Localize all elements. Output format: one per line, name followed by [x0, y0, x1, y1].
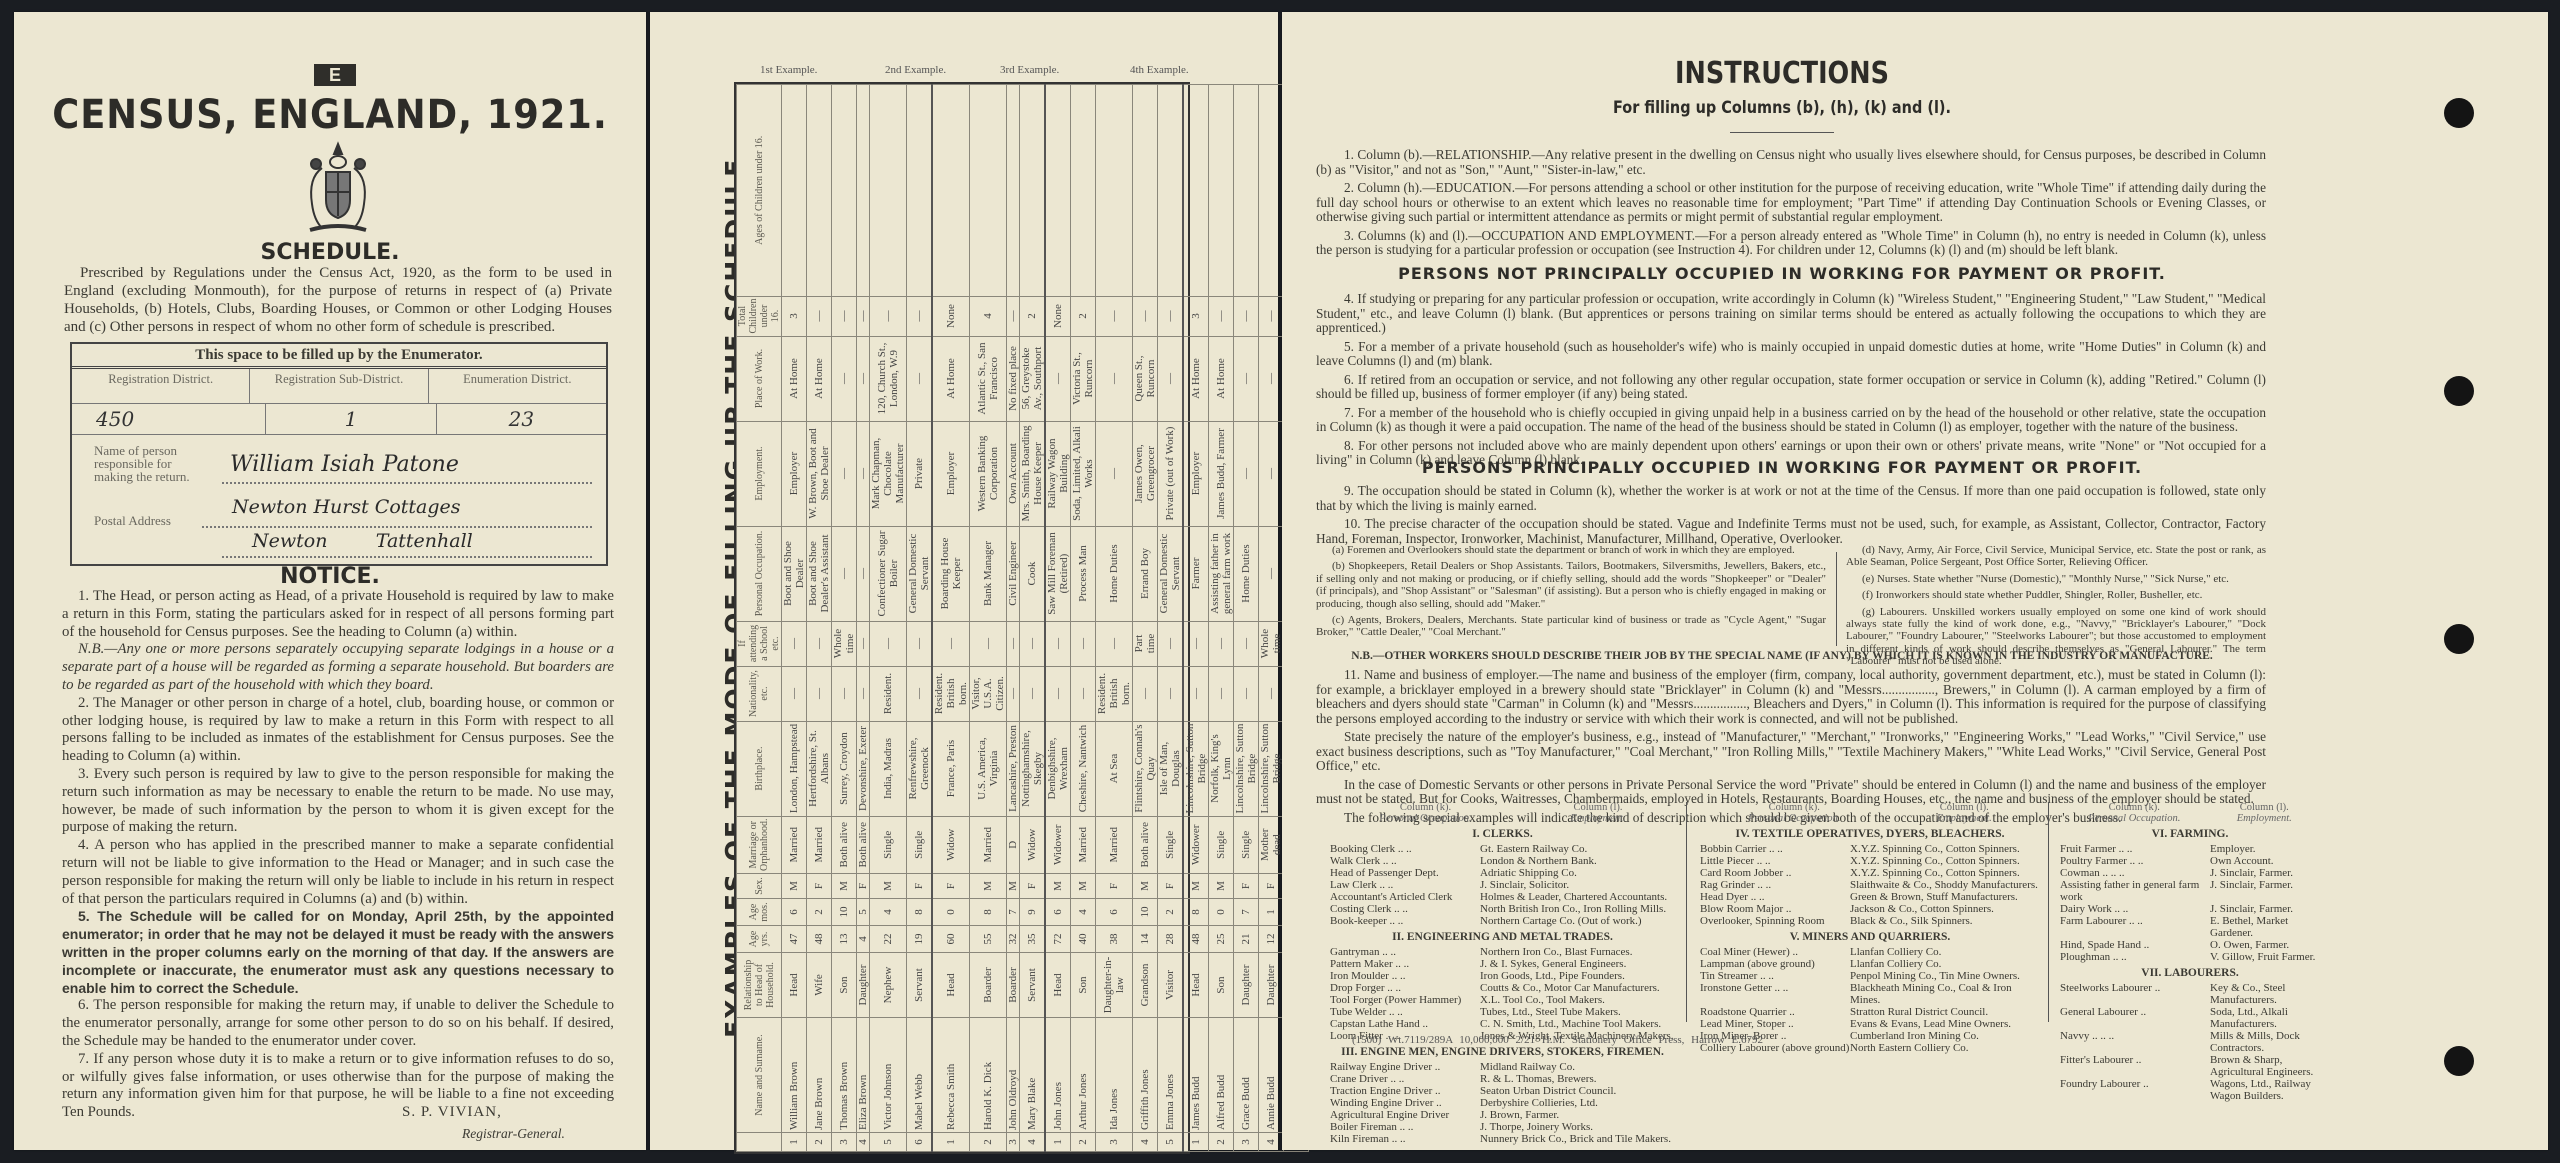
cell-rel: Daughter	[1234, 953, 1259, 1018]
example-occupation-row: Pattern Maker .. ..J. & I. Sykes, Genera…	[1330, 958, 1675, 970]
instruction-item: 2. Column (h).—EDUCATION.—For persons at…	[1316, 181, 2266, 225]
employment: North British Iron Co., Iron Rolling Mil…	[1480, 903, 1675, 915]
cell-sex: F	[807, 874, 832, 899]
instructions-subtitle: For filling up Columns (b), (h), (k) and…	[1357, 98, 2207, 118]
cell-occ: Saw Mill Foreman (Retired)	[1045, 526, 1071, 621]
cell-child-ages	[1234, 85, 1259, 297]
cell-name: Ida Jones	[1096, 1018, 1133, 1133]
example-group-title: I. CLERKS.	[1330, 828, 1675, 840]
column-headings: Column (k).Personal Occupation.Column (l…	[1330, 802, 1675, 824]
cell-birth: Denbighshire, Wrexham	[1045, 721, 1071, 816]
enumerator-box: This space to be filled up by the Enumer…	[70, 342, 608, 566]
cell-place: 120, Church St., London, W.9	[870, 336, 907, 421]
sub-instruction-d: (d) Navy, Army, Air Force, Civil Service…	[1846, 544, 2266, 569]
example-row: 5Victor JohnsonNephew224MSingleIndia, Ma…	[870, 85, 907, 1152]
cell-nat: —	[1183, 666, 1209, 721]
cell-birth: Hertfordshire, St. Albans	[807, 721, 832, 816]
example-occupation-row: Tool Forger (Power Hammer)X.L. Tool Co.,…	[1330, 994, 1675, 1006]
cell-yrs: 32	[1007, 926, 1020, 953]
cell-tot: —	[1007, 296, 1020, 336]
notice-heading: NOTICE.	[14, 564, 646, 589]
employment: J. & I. Sykes, General Engineers.	[1480, 958, 1675, 970]
cell-tot: 3	[782, 296, 807, 336]
cell-name: Eliza Brown	[857, 1018, 870, 1133]
cell-birth: Lincolnshire, Sutton Bridge	[1183, 721, 1209, 816]
example-occupation-row: Fitter's Labourer ..Brown & Sharp, Agric…	[2060, 1054, 2320, 1078]
nb-special-name-line: N.B.—OTHER WORKERS SHOULD DESCRIBE THEIR…	[1282, 650, 2282, 662]
example-row: 3John OldroydBoarder327MDLancashire, Pre…	[1007, 85, 1020, 1152]
cell-mos: 0	[932, 899, 970, 926]
col-header-occupation: Personal Occupation.	[737, 526, 782, 621]
registration-sub-district-value[interactable]: 1	[266, 404, 436, 434]
cell-emp: —	[1259, 421, 1284, 526]
registrar-title: Registrar-General.	[462, 1126, 565, 1142]
example-row: 3Grace BuddDaughter217FSingleLincolnshir…	[1234, 85, 1259, 1152]
cell-name: Mabel Webb	[907, 1018, 933, 1133]
cell-yrs: 35	[1020, 926, 1046, 953]
postal-address-line1-value[interactable]: Newton Hurst Cottages	[232, 496, 461, 518]
cell-mos: 8	[1183, 899, 1209, 926]
example-occupation-row: Little Piecer .. ..X.Y.Z. Spinning Co., …	[1700, 855, 2040, 867]
cell-nat: —	[1133, 666, 1158, 721]
cell-rel: Head	[782, 953, 807, 1018]
cell-sex: M	[782, 874, 807, 899]
personal-occupation: Hind, Spade Hand ..	[2060, 939, 2210, 951]
cell-mar: Mother dead	[1259, 816, 1284, 873]
example-occupation-row: General Labourer ..Soda, Ltd., Alkali Ma…	[2060, 1006, 2320, 1030]
cell-sex: M	[1209, 874, 1234, 899]
cell-occ: Farmer	[1183, 526, 1209, 621]
address-line-2	[222, 556, 592, 558]
cell-child-ages	[1183, 85, 1209, 297]
col-header-age-yrs: Age yrs.	[737, 926, 782, 953]
example-occupation-row: Law Clerk .. ..J. Sinclair, Solicitor.	[1330, 879, 1675, 891]
example-row: 1James BuddHead488MWidowerLincolnshire, …	[1183, 85, 1209, 1152]
cell-occ: Boarding House Keeper	[932, 526, 970, 621]
example-row: 1Rebecca SmithHead600FWidowFrance, Paris…	[932, 85, 970, 1152]
cell-birth: Lancashire, Preston	[1007, 721, 1020, 816]
example-label: 3rd Example.	[1000, 64, 1059, 76]
cell-birth: Renfrewshire, Greenock	[907, 721, 933, 816]
examples-column-3: Column (k).Personal Occupation.Column (l…	[2060, 802, 2320, 1102]
column-headings: Column (k).Personal Occupation.Column (l…	[1700, 802, 2040, 824]
cell-name: Rebecca Smith	[932, 1018, 970, 1133]
cell-n: 3	[1007, 1133, 1020, 1152]
cell-rel: Son	[832, 953, 857, 1018]
cell-rel: Daughter-in-law	[1096, 953, 1133, 1018]
employment: Seaton Urban District Council.	[1480, 1085, 1675, 1097]
cell-sex: M	[870, 874, 907, 899]
col-header-name: Name and Surname.	[737, 1018, 782, 1133]
cell-sch: —	[1045, 621, 1071, 666]
cell-mos: 10	[832, 899, 857, 926]
cell-child-ages	[1045, 85, 1071, 297]
notice-list: 1. The Head, or person acting as Head, o…	[62, 588, 614, 1122]
example-label: 2nd Example.	[885, 64, 946, 76]
example-group-labels: 1st Example. 2nd Example. 3rd Example. 4…	[760, 64, 1230, 80]
example-occupation-row: Accountant's Articled ClerkHolmes & Lead…	[1330, 891, 1675, 903]
notice-item: 2. The Manager or other person in charge…	[62, 695, 614, 766]
example-row: 2Arthur JonesSon404MMarriedCheshire, Nan…	[1071, 85, 1096, 1152]
cell-yrs: 14	[1133, 926, 1158, 953]
col-header-employment: Employment.	[737, 421, 782, 526]
cell-emp: Railway Wagon Building	[1045, 421, 1071, 526]
cell-mos: 8	[970, 899, 1007, 926]
registration-district-value[interactable]: 450	[72, 404, 266, 434]
punch-hole	[2444, 376, 2474, 406]
column-divider	[2048, 802, 2049, 1022]
personal-occupation: Dairy Work .. ..	[2060, 903, 2210, 915]
column-label: Column (k).	[1769, 802, 1820, 813]
personal-occupation: Tube Welder .. ..	[1330, 1006, 1480, 1018]
employment: X.Y.Z. Spinning Co., Cotton Spinners.	[1850, 843, 2040, 855]
cell-name: James Budd	[1183, 1018, 1209, 1133]
cell-tot: —	[1133, 296, 1158, 336]
personal-occupation: Farm Labourer .. ..	[2060, 915, 2210, 939]
personal-occupation: Gantryman .. ..	[1330, 946, 1480, 958]
cell-occ: Boot and Shoe Dealer's Assistant	[807, 526, 832, 621]
cell-emp: —	[1096, 421, 1133, 526]
notice-nb: N.B.—Any one or more persons separately …	[62, 641, 614, 694]
example-group-title: III. ENGINE MEN, ENGINE DRIVERS, STOKERS…	[1330, 1046, 1675, 1058]
cell-mar: Single	[1158, 816, 1184, 873]
example-occupation-row: Hind, Spade Hand ..O. Owen, Farmer.	[2060, 939, 2320, 951]
cell-name: John Jones	[1045, 1018, 1071, 1133]
example-occupation-row: Dairy Work .. ..J. Sinclair, Farmer.	[2060, 903, 2320, 915]
cell-occ: General Domestic Servant	[907, 526, 933, 621]
cell-tot: None	[1045, 296, 1071, 336]
example-occupation-row: Costing Clerk .. ..North British Iron Co…	[1330, 903, 1675, 915]
cell-mar: Married	[1096, 816, 1133, 873]
employment: Employer.	[2210, 843, 2320, 855]
cell-child-ages	[1096, 85, 1133, 297]
column-label: Column (l).	[2240, 802, 2289, 813]
cell-occ: Process Man	[1071, 526, 1096, 621]
cell-yrs: 13	[832, 926, 857, 953]
personal-occupation: Traction Engine Driver ..	[1330, 1085, 1480, 1097]
cell-place: —	[1158, 336, 1184, 421]
cell-nat: —	[832, 666, 857, 721]
example-occupation-row: Drop Forger .. ..Coutts & Co., Motor Car…	[1330, 982, 1675, 994]
postal-address-line2-value[interactable]: Newton Tattenhall	[252, 530, 473, 552]
cell-emp: Mark Chapman, Chocolate Manufacturer	[870, 421, 907, 526]
cell-birth: Isle of Man, Douglas	[1158, 721, 1184, 816]
cell-nat: Resident.	[870, 666, 907, 721]
cell-child-ages	[1071, 85, 1096, 297]
example-occupation-row: Lead Miner, Stoper ..Evans & Evans, Lead…	[1700, 1018, 2040, 1030]
cell-sex: M	[1071, 874, 1096, 899]
cell-birth: U.S. America, Virginia	[970, 721, 1007, 816]
example-occupation-row: Booking Clerk .. ..Gt. Eastern Railway C…	[1330, 843, 1675, 855]
instruction-item: 4. If studying or preparing for any part…	[1316, 292, 2266, 336]
example-occupation-row: Crane Driver .. ..R. & L. Thomas, Brewer…	[1330, 1073, 1675, 1085]
cell-yrs: 55	[970, 926, 1007, 953]
example-occupation-row: Navvy .. .. ..Mills & Mills, Dock Contra…	[2060, 1030, 2320, 1054]
employment: Stratton Rural District Council.	[1850, 1006, 2040, 1018]
cell-nat: Visitor, U.S.A. Citizen.	[970, 666, 1007, 721]
personal-occupation: Ploughman .. ..	[2060, 951, 2210, 963]
example-row: 1William BrownHead476MMarriedLondon, Ham…	[782, 85, 807, 1152]
employment: Wagons, Ltd., Railway Wagon Builders.	[2210, 1078, 2320, 1102]
example-occupation-row: Gantryman .. ..Northern Iron Co., Blast …	[1330, 946, 1675, 958]
form-letter-badge: E	[314, 64, 356, 86]
example-label: 4th Example.	[1130, 64, 1189, 76]
cell-sch: —	[1158, 621, 1184, 666]
personal-occupation: Head of Passenger Dept.	[1330, 867, 1480, 879]
personal-occupation: Rag Grinder .. ..	[1700, 879, 1850, 891]
employment: J. Sinclair, Farmer.	[2210, 903, 2320, 915]
personal-occupation: Costing Clerk .. ..	[1330, 903, 1480, 915]
example-occupation-row: Coal Miner (Hewer) ..Llanfan Colliery Co…	[1700, 946, 2040, 958]
employment: Llanfan Colliery Co.	[1850, 958, 2040, 970]
example-group-title: IV. TEXTILE OPERATIVES, DYERS, BLEACHERS…	[1700, 828, 2040, 840]
cell-emp: Western Banking Corporation	[970, 421, 1007, 526]
cell-nat: —	[857, 666, 870, 721]
personal-occupation: Navvy .. .. ..	[2060, 1030, 2210, 1054]
personal-occupation: Poultry Farmer .. ..	[2060, 855, 2210, 867]
employment: O. Owen, Farmer.	[2210, 939, 2320, 951]
column-sublabel: Personal Occupation.	[1748, 813, 1840, 824]
cell-birth: Surrey, Croydon	[832, 721, 857, 816]
personal-occupation: Blow Room Major ..	[1700, 903, 1850, 915]
cell-sex: M	[1133, 874, 1158, 899]
cell-occ: Civil Engineer	[1007, 526, 1020, 621]
column-label: Column (k).	[1400, 802, 1451, 813]
cell-n: 2	[807, 1133, 832, 1152]
example-occupation-row: Poultry Farmer .. ..Own Account.	[2060, 855, 2320, 867]
example-row: 3Thomas BrownSon1310MBoth aliveSurrey, C…	[832, 85, 857, 1152]
instructions-title: INSTRUCTIONS	[1357, 56, 2207, 91]
cell-tot: —	[1158, 296, 1184, 336]
cell-child-ages	[970, 85, 1007, 297]
instructions-4-8: 4. If studying or preparing for any part…	[1316, 292, 2266, 472]
cell-nat: —	[907, 666, 933, 721]
cell-rel: Head	[932, 953, 970, 1018]
cell-child-ages	[907, 85, 933, 297]
notice-item: 4. A person who has applied in the presc…	[62, 837, 614, 908]
cell-occ: —	[1259, 526, 1284, 621]
col-header-child-ages: Ages of Children under 16.	[737, 85, 782, 297]
royal-coat-of-arms-icon	[302, 140, 374, 240]
example-occupation-row: Traction Engine Driver ..Seaton Urban Di…	[1330, 1085, 1675, 1097]
example-row: 4Annie BuddDaughter121FMother deadLincol…	[1259, 85, 1284, 1152]
punch-hole	[2444, 98, 2474, 128]
cell-birth: Norfolk, King's Lynn	[1209, 721, 1234, 816]
employment: Iron Goods, Ltd., Pipe Founders.	[1480, 970, 1675, 982]
employment: Llanfan Colliery Co.	[1850, 946, 2040, 958]
instruction-item: 10. The precise character of the occupat…	[1316, 517, 2266, 546]
cell-mos: 7	[1007, 899, 1020, 926]
cell-emp: Mrs. Smith, Boarding House Keeper	[1020, 421, 1046, 526]
cell-nat: —	[1158, 666, 1184, 721]
personal-occupation: Little Piecer .. ..	[1700, 855, 1850, 867]
responsible-person-label: Name of person responsible for making th…	[94, 444, 204, 483]
responsible-person-value[interactable]: William Isiah Patone	[230, 452, 459, 477]
col-header-relationship: Relationship to Head of Household.	[737, 953, 782, 1018]
column-label: Column (l).	[1574, 802, 1623, 813]
cell-occ: Assisting father in general farm work	[1209, 526, 1234, 621]
personal-occupation: General Labourer ..	[2060, 1006, 2210, 1030]
cell-mos: 5	[857, 899, 870, 926]
employment: Brown & Sharp, Agricultural Engineers.	[2210, 1054, 2320, 1078]
example-row: 2Alfred BuddSon250MSingleNorfolk, King's…	[1209, 85, 1234, 1152]
employment: X.Y.Z. Spinning Co., Cotton Spinners.	[1850, 855, 2040, 867]
cell-name: Alfred Budd	[1209, 1018, 1234, 1133]
cell-sch: —	[1234, 621, 1259, 666]
cell-tot: —	[907, 296, 933, 336]
cell-place: —	[857, 336, 870, 421]
cell-rel: Wife	[807, 953, 832, 1018]
cell-child-ages	[832, 85, 857, 297]
cell-name: Annie Budd	[1259, 1018, 1284, 1133]
cell-mos: 10	[1133, 899, 1158, 926]
schedule-intro-text: Prescribed by Regulations under the Cens…	[64, 264, 612, 336]
sub-instruction-c: (c) Agents, Brokers, Dealers, Merchants.…	[1316, 614, 1826, 639]
cell-emp: —	[1234, 421, 1259, 526]
notice-item: 6. The person responsible for making the…	[62, 997, 614, 1050]
cell-occ: Home Duties	[1234, 526, 1259, 621]
cell-yrs: 4	[857, 926, 870, 953]
personal-occupation: Boiler Fireman .. ..	[1330, 1121, 1480, 1133]
employment: J. Sinclair, Farmer.	[2210, 879, 2320, 903]
cell-tot: —	[807, 296, 832, 336]
cell-sex: F	[932, 874, 970, 899]
example-occupation-row: Tube Welder .. ..Tubes, Ltd., Steel Tube…	[1330, 1006, 1675, 1018]
enumerator-box-heading: This space to be filled up by the Enumer…	[72, 344, 606, 369]
example-group-title: II. ENGINEERING AND METAL TRADES.	[1330, 931, 1675, 943]
cell-mos: 9	[1020, 899, 1046, 926]
cell-n: 2	[1071, 1133, 1096, 1152]
cell-nat: —	[1020, 666, 1046, 721]
cell-place: Queen St., Runcorn	[1133, 336, 1158, 421]
cell-name: Emma Jones	[1158, 1018, 1184, 1133]
cell-n: 6	[907, 1133, 933, 1152]
cell-child-ages	[932, 85, 970, 297]
cell-occ: —	[832, 526, 857, 621]
example-row: 6Mabel WebbServant198FSingleRenfrewshire…	[907, 85, 933, 1152]
cell-nat: Resident. British born.	[1096, 666, 1133, 721]
cell-child-ages	[1020, 85, 1046, 297]
example-occupation-row: Ploughman .. ..V. Gillow, Fruit Farmer.	[2060, 951, 2320, 963]
cell-rel: Nephew	[870, 953, 907, 1018]
cell-child-ages	[1133, 85, 1158, 297]
cell-sch: —	[870, 621, 907, 666]
example-occupation-row: Overlooker, Spinning RoomBlack & Co., Si…	[1700, 915, 2040, 927]
personal-occupation: Head Dyer .. ..	[1700, 891, 1850, 903]
example-occupation-row: Cowman .. .. ..J. Sinclair, Farmer.	[2060, 867, 2320, 879]
cell-mos: 6	[1045, 899, 1071, 926]
cell-rel: Daughter	[857, 953, 870, 1018]
punch-hole	[2444, 624, 2474, 654]
personal-occupation: Bobbin Carrier .. ..	[1700, 843, 1850, 855]
personal-occupation: Agricultural Engine Driver	[1330, 1109, 1480, 1121]
cell-emp: Employer	[932, 421, 970, 526]
personal-occupation: Ironstone Getter .. ..	[1700, 982, 1850, 1006]
example-occupation-row: Walk Clerk .. ..London & Northern Bank.	[1330, 855, 1675, 867]
example-group-title: VI. FARMING.	[2060, 828, 2320, 840]
employment: Adriatic Shipping Co.	[1480, 867, 1675, 879]
col-header-sex: Sex.	[737, 874, 782, 899]
cell-n: 2	[970, 1133, 1007, 1152]
personal-occupation: Card Room Jobber ..	[1700, 867, 1850, 879]
cell-nat: —	[1234, 666, 1259, 721]
personal-occupation: Coal Miner (Hewer) ..	[1700, 946, 1850, 958]
employment: E. Bethel, Market Gardener.	[2210, 915, 2320, 939]
cell-tot: —	[870, 296, 907, 336]
column-divider	[1686, 802, 1687, 1022]
examples-column-1: Column (k).Personal Occupation.Column (l…	[1330, 802, 1675, 1145]
example-row: 4Mary BlakeServant359FWidowNottinghamshi…	[1020, 85, 1046, 1152]
cell-emp: Own Account	[1007, 421, 1020, 526]
personal-occupation: Pattern Maker .. ..	[1330, 958, 1480, 970]
employment: Evans & Evans, Lead Mine Owners.	[1850, 1018, 2040, 1030]
employment: Northern Iron Co., Blast Furnaces.	[1480, 946, 1675, 958]
col-header-birthplace: Birthplace.	[737, 721, 782, 816]
cell-child-ages	[807, 85, 832, 297]
cell-child-ages	[1007, 85, 1020, 297]
cell-place: At Home	[782, 336, 807, 421]
cell-child-ages	[782, 85, 807, 297]
column-sublabel: Employment.	[2237, 813, 2292, 824]
schedule-cover-page: E CENSUS, ENGLAND, 1921. SCHEDULE. Presc…	[14, 12, 646, 1150]
cell-place: —	[1045, 336, 1071, 421]
example-occupation-row: Rag Grinder .. ..Slaithwaite & Co., Shod…	[1700, 879, 2040, 891]
example-occupation-row: Lampman (above ground)Llanfan Colliery C…	[1700, 958, 2040, 970]
column-label: Column (l).	[1940, 802, 1989, 813]
cell-tot: —	[1096, 296, 1133, 336]
cell-nat: Resident. British born.	[932, 666, 970, 721]
employment: X.L. Tool Co., Tool Makers.	[1480, 994, 1675, 1006]
cell-sex: M	[1007, 874, 1020, 899]
personal-occupation: Booking Clerk .. ..	[1330, 843, 1480, 855]
cell-n: 4	[857, 1133, 870, 1152]
cell-place: —	[1259, 336, 1284, 421]
cell-mar: Single	[870, 816, 907, 873]
cell-birth: France, Paris	[932, 721, 970, 816]
cell-yrs: 19	[907, 926, 933, 953]
cell-nat: —	[782, 666, 807, 721]
notice-item: 1. The Head, or person acting as Head, o…	[62, 588, 614, 641]
col-header-age-mos: Age mos.	[737, 899, 782, 926]
cell-sch: —	[807, 621, 832, 666]
cell-mar: Widower	[1045, 816, 1071, 873]
cell-occ: Home Duties	[1096, 526, 1133, 621]
cell-birth: Nottinghamshire, Skegby	[1020, 721, 1046, 816]
example-occupation-row: Foundry Labourer ..Wagons, Ltd., Railway…	[2060, 1078, 2320, 1102]
instruction-item: State precisely the nature of the employ…	[1316, 730, 2266, 774]
cell-birth: Devonshire, Exeter	[857, 721, 870, 816]
cell-sex: M	[1183, 874, 1209, 899]
employment: Key & Co., Steel Manufacturers.	[2210, 982, 2320, 1006]
cell-mos: 2	[1158, 899, 1184, 926]
example-occupation-row: Capstan Lathe Hand ..C. N. Smith, Ltd., …	[1330, 1018, 1675, 1030]
employment: Blackheath Mining Co., Coal & Iron Mines…	[1850, 982, 2040, 1006]
cell-place: At Home	[932, 336, 970, 421]
personal-occupation: Foundry Labourer ..	[2060, 1078, 2210, 1102]
cell-rel: Son	[1071, 953, 1096, 1018]
enumeration-district-value[interactable]: 23	[437, 404, 606, 434]
cell-n: 1	[1045, 1133, 1071, 1152]
cell-mar: Married	[782, 816, 807, 873]
cell-mos: 2	[807, 899, 832, 926]
cell-yrs: 25	[1209, 926, 1234, 953]
cell-nat: —	[807, 666, 832, 721]
personal-occupation: Fruit Farmer .. ..	[2060, 843, 2210, 855]
personal-occupation: Capstan Lathe Hand ..	[1330, 1018, 1480, 1030]
cell-sch: —	[857, 621, 870, 666]
registrar-signature: S. P. VIVIAN,	[402, 1104, 502, 1121]
registration-sub-district-label: Registration Sub-District.	[250, 369, 428, 403]
